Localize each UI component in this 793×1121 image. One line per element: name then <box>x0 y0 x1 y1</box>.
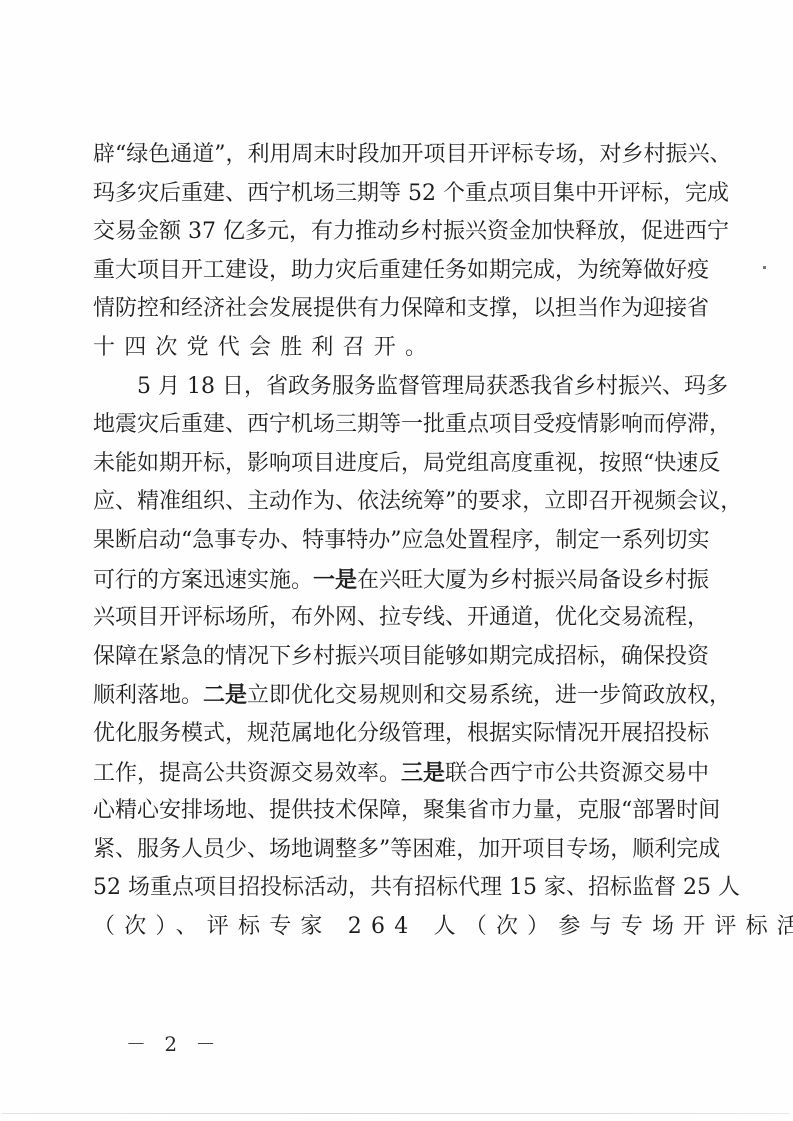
text-line: 兴项目开评标场所，布外网、拉专线、开通道，优化交易流程， <box>93 599 698 638</box>
text-line: 玛多灾后重建、西宁机场三期等 52 个重点项目集中开评标，完成 <box>93 175 698 214</box>
line-text: 十四次党代会胜利召开。 <box>93 335 436 360</box>
line-text: 果断启动“急事专办、特事特办”应急处置程序，制定一系列切实 <box>93 528 710 553</box>
text-line: 地震灾后重建、西宁机场三期等一批重点项目受疫情影响而停滞， <box>93 406 698 445</box>
line-text: 兴项目开评标场所，布外网、拉专线、开通道，优化交易流程， <box>93 605 709 630</box>
text-line: 保障在紧急的情况下乡村振兴项目能够如期完成招标，确保投资 <box>93 638 698 677</box>
emphasis-text: 三是 <box>401 760 445 786</box>
text-line: 辟“绿色通道”，利用周末时段加开项目开评标专场，对乡村振兴、 <box>93 136 698 175</box>
text-line: 应、精准组织、主动作为、依法统筹”的要求，立即召开视频会议， <box>93 483 698 522</box>
line-text: 顺利落地。 <box>93 683 203 708</box>
text-line: （次）、评标专家 264 人（次）参与专场开评标活动。 <box>93 908 698 947</box>
line-text: 玛多灾后重建、西宁机场三期等 52 个重点项目集中开评标，完成 <box>93 181 729 206</box>
text-line: 重大项目开工建设，助力灾后重建任务如期完成，为统筹做好疫 <box>93 252 698 291</box>
scan-speck <box>763 266 766 269</box>
line-text: 优化服务模式，规范属地化分级管理，根据实际情况开展招投标 <box>93 721 709 746</box>
line-text: 辟“绿色通道”，利用周末时段加开项目开评标专场，对乡村振兴、 <box>93 142 732 167</box>
line-text: 工作，提高公共资源交易效率。 <box>93 761 401 786</box>
text-line: 十四次党代会胜利召开。 <box>93 329 698 368</box>
line-text: 未能如期开标，影响项目进度后，局党组高度重视，按照“快速反 <box>93 451 720 476</box>
emphasis-text: 二是 <box>203 682 247 708</box>
text-line: 可行的方案迅速实施。一是在兴旺大厦为乡村振兴局备设乡村振 <box>93 561 698 600</box>
line-text: 地震灾后重建、西宁机场三期等一批重点项目受疫情影响而停滞， <box>93 412 731 437</box>
text-line: 未能如期开标，影响项目进度后，局党组高度重视，按照“快速反 <box>93 445 698 484</box>
line-text: 可行的方案迅速实施。 <box>93 568 313 593</box>
paragraph: 辟“绿色通道”，利用周末时段加开项目开评标专场，对乡村振兴、玛多灾后重建、西宁机… <box>93 136 698 368</box>
text-line: 顺利落地。二是立即优化交易规则和交易系统，进一步简政放权， <box>93 676 698 715</box>
emphasis-text: 一是 <box>313 567 357 593</box>
line-text: （次）、评标专家 264 人（次）参与专场开评标活动。 <box>93 914 793 939</box>
paragraph: 5 月 18 日，省政务服务监督管理局获悉我省乡村振兴、玛多地震灾后重建、西宁机… <box>93 368 698 947</box>
line-text: 在兴旺大厦为乡村振兴局备设乡村振 <box>357 568 709 593</box>
scan-edge-line <box>2 1113 790 1114</box>
line-text: 紧、服务人员少、场地调整多”等困难，加开项目专场，顺利完成 <box>93 837 720 862</box>
text-line: 紧、服务人员少、场地调整多”等困难，加开项目专场，顺利完成 <box>93 831 698 870</box>
line-text: 交易金额 37 亿多元，有力推动乡村振兴资金加快释放，促进西宁 <box>93 219 729 244</box>
text-line: 工作，提高公共资源交易效率。三是联合西宁市公共资源交易中 <box>93 754 698 793</box>
page-number: － 2 － <box>126 1028 221 1057</box>
text-line: 交易金额 37 亿多元，有力推动乡村振兴资金加快释放，促进西宁 <box>93 213 698 252</box>
text-line: 52 场重点项目招投标活动，共有招标代理 15 家、招标监督 25 人 <box>93 869 698 908</box>
line-text: 联合西宁市公共资源交易中 <box>445 761 709 786</box>
line-text: 情防控和经济社会发展提供有力保障和支撑，以担当作为迎接省 <box>93 296 709 321</box>
text-line: 5 月 18 日，省政务服务监督管理局获悉我省乡村振兴、玛多 <box>93 368 698 407</box>
document-body: 辟“绿色通道”，利用周末时段加开项目开评标专场，对乡村振兴、玛多灾后重建、西宁机… <box>93 136 698 946</box>
line-text: 立即优化交易规则和交易系统，进一步简政放权， <box>247 683 731 708</box>
line-text: 心精心安排场地、提供技术保障，聚集省市力量，克服“部署时间 <box>93 798 720 823</box>
text-line: 心精心安排场地、提供技术保障，聚集省市力量，克服“部署时间 <box>93 792 698 831</box>
document-page: 辟“绿色通道”，利用周末时段加开项目开评标专场，对乡村振兴、玛多灾后重建、西宁机… <box>0 0 793 1121</box>
line-text: 保障在紧急的情况下乡村振兴项目能够如期完成招标，确保投资 <box>93 644 709 669</box>
text-line: 情防控和经济社会发展提供有力保障和支撑，以担当作为迎接省 <box>93 290 698 329</box>
line-text: 52 场重点项目招投标活动，共有招标代理 15 家、招标监督 25 人 <box>93 875 740 900</box>
line-text: 应、精准组织、主动作为、依法统筹”的要求，立即召开视频会议， <box>93 489 742 514</box>
text-line: 优化服务模式，规范属地化分级管理，根据实际情况开展招投标 <box>93 715 698 754</box>
line-text: 5 月 18 日，省政务服务监督管理局获悉我省乡村振兴、玛多 <box>137 374 728 399</box>
text-line: 果断启动“急事专办、特事特办”应急处置程序，制定一系列切实 <box>93 522 698 561</box>
line-text: 重大项目开工建设，助力灾后重建任务如期完成，为统筹做好疫 <box>93 258 709 283</box>
